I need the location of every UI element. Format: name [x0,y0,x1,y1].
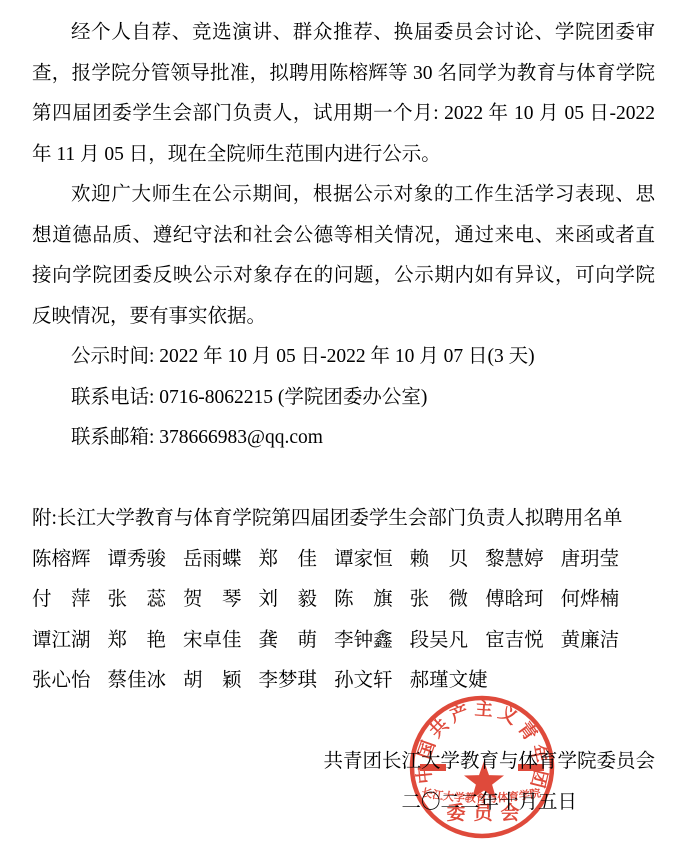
contact-phone-line: 联系电话: 0716-8062215 (学院团委办公室) [32,378,655,419]
candidate-name: 张 蕊 [108,580,167,621]
candidate-name: 黎慧婷 [485,540,544,581]
candidate-name: 谭秀骏 [108,540,167,581]
issuing-organization: 共青团长江大学教育与体育学院委员会 [323,742,655,783]
contact-email-line: 联系邮箱: 378666983@qq.com [32,418,655,459]
candidate-name: 李钟鑫 [334,621,393,662]
candidate-name: 宦吉悦 [485,621,544,662]
name-list-row: 陈榕辉谭秀骏岳雨蝶郑 佳谭家恒赖 贝黎慧婷唐玥莹 [32,540,655,581]
candidate-name: 黄廉洁 [561,621,620,662]
candidate-name: 郑 艳 [108,621,167,662]
candidate-name: 龚 萌 [259,621,318,662]
name-list-row: 谭江湖郑 艳宋卓佳龚 萌李钟鑫段吴凡宦吉悦黄廉洁 [32,621,655,662]
candidate-name: 岳雨蝶 [183,540,242,581]
candidate-name: 郝瑾文婕 [410,661,488,702]
candidate-name: 贺 琴 [183,580,242,621]
candidate-name: 孙文轩 [334,661,393,702]
candidate-name: 郑 佳 [259,540,318,581]
publicity-period-line: 公示时间: 2022 年 10 月 05 日-2022 年 10 月 07 日(… [32,337,655,378]
paragraph-approval: 经个人自荐、竞选演讲、群众推荐、换届委员会讨论、学院团委审查，报学院分管领导批准… [32,13,655,175]
candidate-name: 胡 颖 [183,661,242,702]
notice-document: 经个人自荐、竞选演讲、群众推荐、换届委员会讨论、学院团委审查，报学院分管领导批准… [0,0,688,841]
candidate-name: 赖 贝 [410,540,469,581]
candidate-name: 宋卓佳 [183,621,242,662]
issue-date: 二〇二二年十月五日 [401,783,577,824]
candidate-name: 蔡佳冰 [108,661,167,702]
name-list-row: 付 萍张 蕊贺 琴刘 毅陈 旗张 微傅晗珂何烨楠 [32,580,655,621]
signature-block: 共青团长江大学教育与体育学院委员会 二〇二二年十月五日 [323,742,655,823]
candidate-name: 唐玥莹 [561,540,620,581]
name-list-row: 张心怡蔡佳冰胡 颖李梦琪孙文轩郝瑾文婕 [32,661,655,702]
candidate-name: 张 微 [410,580,469,621]
candidate-name: 谭江湖 [32,621,91,662]
attachment-heading: 附:长江大学教育与体育学院第四届团委学生会部门负责人拟聘用名单 [32,499,655,540]
candidate-name: 李梦琪 [259,661,318,702]
candidate-name-list: 陈榕辉谭秀骏岳雨蝶郑 佳谭家恒赖 贝黎慧婷唐玥莹付 萍张 蕊贺 琴刘 毅陈 旗张… [32,540,655,702]
candidate-name: 段吴凡 [410,621,469,662]
paragraph-feedback: 欢迎广大师生在公示期间，根据公示对象的工作生活学习表现、思想道德品质、遵纪守法和… [32,175,655,337]
candidate-name: 何烨楠 [561,580,620,621]
candidate-name: 陈 旗 [334,580,393,621]
candidate-name: 傅晗珂 [485,580,544,621]
candidate-name: 刘 毅 [259,580,318,621]
candidate-name: 谭家恒 [334,540,393,581]
candidate-name: 陈榕辉 [32,540,91,581]
candidate-name: 付 萍 [32,580,91,621]
candidate-name: 张心怡 [32,661,91,702]
